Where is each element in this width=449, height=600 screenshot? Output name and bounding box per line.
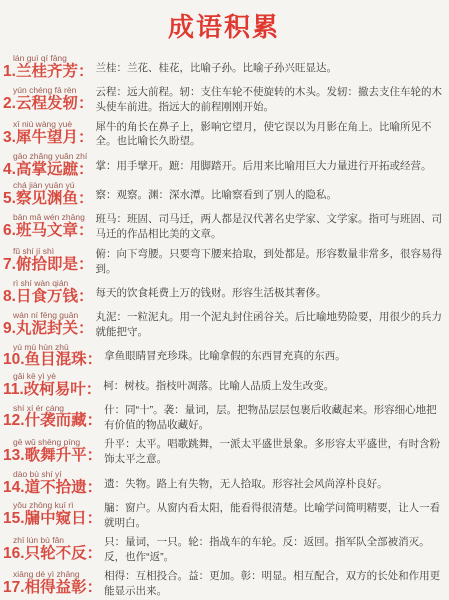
entry-number: 1. <box>3 63 16 80</box>
idiom-explanation: 柯：树枝。指枝叶凋落。比喻人品质上发生改变。 <box>103 377 445 394</box>
idiom-colon: ： <box>78 256 94 273</box>
entry-number: 9. <box>3 320 16 337</box>
entry-number: 7. <box>3 256 16 273</box>
entry-number: 16. <box>3 545 25 562</box>
idiom-explanation: 云程：远大前程。轫：支住车轮不使旋转的木头。发轫：撤去支住车轮的木头使车前进。指… <box>95 83 445 115</box>
idiom-colon: ： <box>78 190 94 207</box>
idiom-heading: 17.相得益彰： <box>3 579 102 597</box>
entry-number: 6. <box>3 222 16 239</box>
entry-number: 12. <box>3 412 25 429</box>
idiom-text: 道不拾遗 <box>25 479 87 496</box>
idiom-explanation: 丸泥：一粒泥丸。用一个泥丸封住函谷关。后比喻地势险要，用很少的兵力就能把守。 <box>95 308 445 340</box>
idiom-pinyin: bān mǎ wén zhāng <box>3 213 93 222</box>
idiom-colon: ： <box>87 479 103 496</box>
idiom-entry: xiāng dé yì zhāng 17.相得益彰： 相得：互相投合。益：更加。… <box>3 567 445 599</box>
idiom-entry: shí xí ér cáng 12.什袭而藏： 什：同“十”。袭：量词，层。把物… <box>3 401 445 433</box>
idiom-heading: 16.只轮不反： <box>3 545 102 563</box>
idiom-list: lán guì qí fāng 1.兰桂齐芳： 兰桂：兰花、桂花，比喻子孙。比喻… <box>3 54 445 599</box>
idiom-colon: ： <box>87 412 103 429</box>
idiom-colon: ： <box>78 320 94 337</box>
page-title: 成语积累 <box>3 7 445 44</box>
idiom-label-column: dào bù shí yí 14.道不拾遗： <box>3 470 104 497</box>
idiom-text: 班马文章 <box>16 222 78 239</box>
idiom-pinyin: yún chéng fā rèn <box>3 86 93 95</box>
idiom-text: 兰桂齐芳 <box>16 63 78 80</box>
idiom-entry: dào bù shí yí 14.道不拾遗： 遗：失物。路上有失物，无人拾取。形… <box>3 470 445 497</box>
idiom-entry: yú mù hùn zhū 10.鱼目混珠： 拿鱼眼睛冒充珍珠。比喻拿假的东西冒… <box>3 343 445 370</box>
idiom-explanation: 什：同“十”。袭：量词，层。把物品层层包裹后收藏起来。形容细心地把有价值的物品收… <box>104 401 445 433</box>
idiom-text: 改柯易叶 <box>24 381 86 398</box>
idiom-label-column: bān mǎ wén zhāng 6.班马文章： <box>3 213 95 240</box>
idiom-explanation: 掌：用手擘开。蹠：用脚踏开。后用来比喻用巨大力量进行开拓或经营。 <box>95 157 445 174</box>
idiom-heading: 11.改柯易叶： <box>3 381 101 399</box>
idiom-pinyin: xī niú wàng yuè <box>3 120 93 129</box>
idiom-colon: ： <box>87 579 103 596</box>
idiom-heading: 2.云程发轫： <box>3 95 93 113</box>
idiom-pinyin: gē wǔ shēng píng <box>3 438 102 447</box>
idiom-entry: bān mǎ wén zhāng 6.班马文章： 班马：班固、司马迁，两人都是汉… <box>3 210 445 242</box>
idiom-colon: ： <box>78 95 94 112</box>
idiom-pinyin: lán guì qí fāng <box>3 54 93 63</box>
idiom-heading: 15.牖中窥日： <box>3 510 102 528</box>
document-page: 成语积累 lán guì qí fāng 1.兰桂齐芳： 兰桂：兰花、桂花，比喻… <box>0 0 449 600</box>
idiom-label-column: wán ní fēng guān 9.丸泥封关： <box>3 311 95 338</box>
idiom-pinyin: fǔ shí jí shì <box>3 247 93 256</box>
entry-number: 11. <box>3 381 24 398</box>
idiom-label-column: fǔ shí jí shì 7.俯拾即是： <box>3 247 95 274</box>
idiom-entry: gǎi kē yì yè 11.改柯易叶： 柯：树枝。指枝叶凋落。比喻人品质上发… <box>3 372 445 399</box>
idiom-explanation: 遗：失物。路上有失物，无人拾取。形容社会风尚淳朴良好。 <box>104 475 445 492</box>
idiom-text: 犀牛望月 <box>16 129 78 146</box>
idiom-entry: lán guì qí fāng 1.兰桂齐芳： 兰桂：兰花、桂花，比喻子孙。比喻… <box>3 54 445 81</box>
idiom-colon: ： <box>87 510 103 527</box>
idiom-explanation: 升平：太平。唱歌跳舞，一派太平盛世景象。多形容太平盛世，有时含粉饰太平之意。 <box>104 435 445 467</box>
idiom-colon: ： <box>87 351 103 368</box>
idiom-explanation: 拿鱼眼睛冒充珍珠。比喻拿假的东西冒充真的东西。 <box>104 347 445 364</box>
idiom-label-column: rì shí wàn qián 8.日食万钱： <box>3 279 95 306</box>
entry-number: 2. <box>3 95 16 112</box>
entry-number: 14. <box>3 479 25 496</box>
idiom-colon: ： <box>78 288 94 305</box>
idiom-text: 察见渊鱼 <box>16 190 78 207</box>
idiom-pinyin: dào bù shí yí <box>3 470 102 479</box>
idiom-colon: ： <box>87 447 103 464</box>
idiom-entry: chá jiàn yuān yú 5.察见渊鱼： 察：观察。渊：深水潭。比喻察看… <box>3 181 445 208</box>
idiom-label-column: chá jiàn yuān yú 5.察见渊鱼： <box>3 181 95 208</box>
idiom-entry: yún chéng fā rèn 2.云程发轫： 云程：远大前程。轫：支住车轮不… <box>3 83 445 115</box>
idiom-pinyin: wán ní fēng guān <box>3 311 93 320</box>
idiom-pinyin: yǒu zhōng kuī rì <box>3 501 102 510</box>
idiom-heading: 13.歌舞升平： <box>3 447 102 465</box>
idiom-label-column: xī niú wàng yuè 3.犀牛望月： <box>3 120 95 147</box>
idiom-pinyin: rì shí wàn qián <box>3 279 93 288</box>
idiom-colon: ： <box>78 161 94 178</box>
entry-number: 3. <box>3 129 16 146</box>
idiom-label-column: gāo zhǎng yuǎn zhí 4.高掌远蹠： <box>3 152 95 179</box>
idiom-text: 日食万钱 <box>16 288 78 305</box>
idiom-heading: 12.什袭而藏： <box>3 412 102 430</box>
idiom-heading: 5.察见渊鱼： <box>3 190 93 208</box>
idiom-explanation: 察：观察。渊：深水潭。比喻察看到了别人的隐私。 <box>95 186 445 203</box>
idiom-text: 俯拾即是 <box>16 256 78 273</box>
idiom-heading: 7.俯拾即是： <box>3 256 93 274</box>
idiom-explanation: 每天的饮食耗费上万的钱财。形容生活极其奢侈。 <box>95 284 445 301</box>
idiom-explanation: 俯：向下弯腰。只要弯下腰来拾取，到处都是。形容数量非常多，很容易得到。 <box>95 245 445 277</box>
idiom-heading: 3.犀牛望月： <box>3 129 93 147</box>
idiom-text: 歌舞升平 <box>25 447 87 464</box>
idiom-heading: 1.兰桂齐芳： <box>3 63 93 81</box>
idiom-colon: ： <box>78 63 94 80</box>
idiom-entry: zhī lún bù fǎn 16.只轮不反： 只：量词，一只。轮：指战车的车轮… <box>3 533 445 565</box>
idiom-heading: 10.鱼目混珠： <box>3 351 102 369</box>
idiom-text: 相得益彰 <box>25 579 87 596</box>
entry-number: 10. <box>3 351 25 368</box>
idiom-label-column: shí xí ér cáng 12.什袭而藏： <box>3 404 104 431</box>
idiom-entry: gē wǔ shēng píng 13.歌舞升平： 升平：太平。唱歌跳舞，一派太… <box>3 435 445 467</box>
idiom-explanation: 兰桂：兰花、桂花，比喻子孙。比喻子孙兴旺显达。 <box>95 59 445 76</box>
idiom-label-column: zhī lún bù fǎn 16.只轮不反： <box>3 536 104 563</box>
idiom-entry: wán ní fēng guān 9.丸泥封关： 丸泥：一粒泥丸。用一个泥丸封住… <box>3 308 445 340</box>
idiom-text: 鱼目混珠 <box>25 351 87 368</box>
idiom-label-column: yǒu zhōng kuī rì 15.牖中窥日： <box>3 501 104 528</box>
idiom-entry: rì shí wàn qián 8.日食万钱： 每天的饮食耗费上万的钱财。形容生… <box>3 279 445 306</box>
idiom-heading: 9.丸泥封关： <box>3 320 93 338</box>
entry-number: 4. <box>3 161 16 178</box>
entry-number: 5. <box>3 190 16 207</box>
idiom-colon: ： <box>86 381 102 398</box>
idiom-heading: 8.日食万钱： <box>3 288 93 306</box>
idiom-explanation: 只：量词，一只。轮：指战车的车轮。反：返回。指军队全部被消灭。反，也作“返”。 <box>104 533 445 565</box>
idiom-pinyin: chá jiàn yuān yú <box>3 181 93 190</box>
entry-number: 8. <box>3 288 16 305</box>
idiom-pinyin: gāo zhǎng yuǎn zhí <box>3 152 93 161</box>
idiom-text: 云程发轫 <box>16 95 78 112</box>
entry-number: 17. <box>3 579 25 596</box>
idiom-label-column: gē wǔ shēng píng 13.歌舞升平： <box>3 438 104 465</box>
idiom-label-column: gǎi kē yì yè 11.改柯易叶： <box>3 372 103 399</box>
idiom-text: 只轮不反 <box>25 545 87 562</box>
entry-number: 15. <box>3 510 25 527</box>
idiom-heading: 4.高掌远蹠： <box>3 161 93 179</box>
idiom-text: 高掌远蹠 <box>16 161 78 178</box>
idiom-colon: ： <box>87 545 103 562</box>
idiom-pinyin: zhī lún bù fǎn <box>3 536 102 545</box>
idiom-entry: fǔ shí jí shì 7.俯拾即是： 俯：向下弯腰。只要弯下腰来拾取，到处… <box>3 245 445 277</box>
idiom-pinyin: gǎi kē yì yè <box>3 372 101 381</box>
idiom-colon: ： <box>78 222 94 239</box>
idiom-entry: yǒu zhōng kuī rì 15.牖中窥日： 牖：窗户。从窗内看太阳，能看… <box>3 499 445 531</box>
entry-number: 13. <box>3 447 25 464</box>
idiom-text: 丸泥封关 <box>16 320 78 337</box>
idiom-text: 牖中窥日 <box>25 510 87 527</box>
idiom-label-column: yú mù hùn zhū 10.鱼目混珠： <box>3 343 104 370</box>
idiom-explanation: 犀牛的角长在鼻子上，影响它望月，使它误以为月影在角上。比喻所见不全。也比喻长久盼… <box>95 118 445 150</box>
idiom-heading: 6.班马文章： <box>3 222 93 240</box>
idiom-heading: 14.道不拾遗： <box>3 479 102 497</box>
idiom-label-column: xiāng dé yì zhāng 17.相得益彰： <box>3 570 104 597</box>
idiom-explanation: 牖：窗户。从窗内看太阳，能看得很清楚。比喻学问简明精要，让人一看就明白。 <box>104 499 445 531</box>
idiom-explanation: 班马：班固、司马迁，两人都是汉代著名史学家、文学家。指可与班固、司马迁的作品相比… <box>95 210 445 242</box>
idiom-label-column: lán guì qí fāng 1.兰桂齐芳： <box>3 54 95 81</box>
idiom-text: 什袭而藏 <box>25 412 87 429</box>
idiom-entry: xī niú wàng yuè 3.犀牛望月： 犀牛的角长在鼻子上，影响它望月，… <box>3 118 445 150</box>
idiom-colon: ： <box>78 129 94 146</box>
idiom-entry: gāo zhǎng yuǎn zhí 4.高掌远蹠： 掌：用手擘开。蹠：用脚踏开… <box>3 152 445 179</box>
idiom-label-column: yún chéng fā rèn 2.云程发轫： <box>3 86 95 113</box>
idiom-explanation: 相得：互相投合。益：更加。彰：明显。相互配合，双方的长处和作用更能显示出来。 <box>104 567 445 599</box>
idiom-pinyin: xiāng dé yì zhāng <box>3 570 102 579</box>
